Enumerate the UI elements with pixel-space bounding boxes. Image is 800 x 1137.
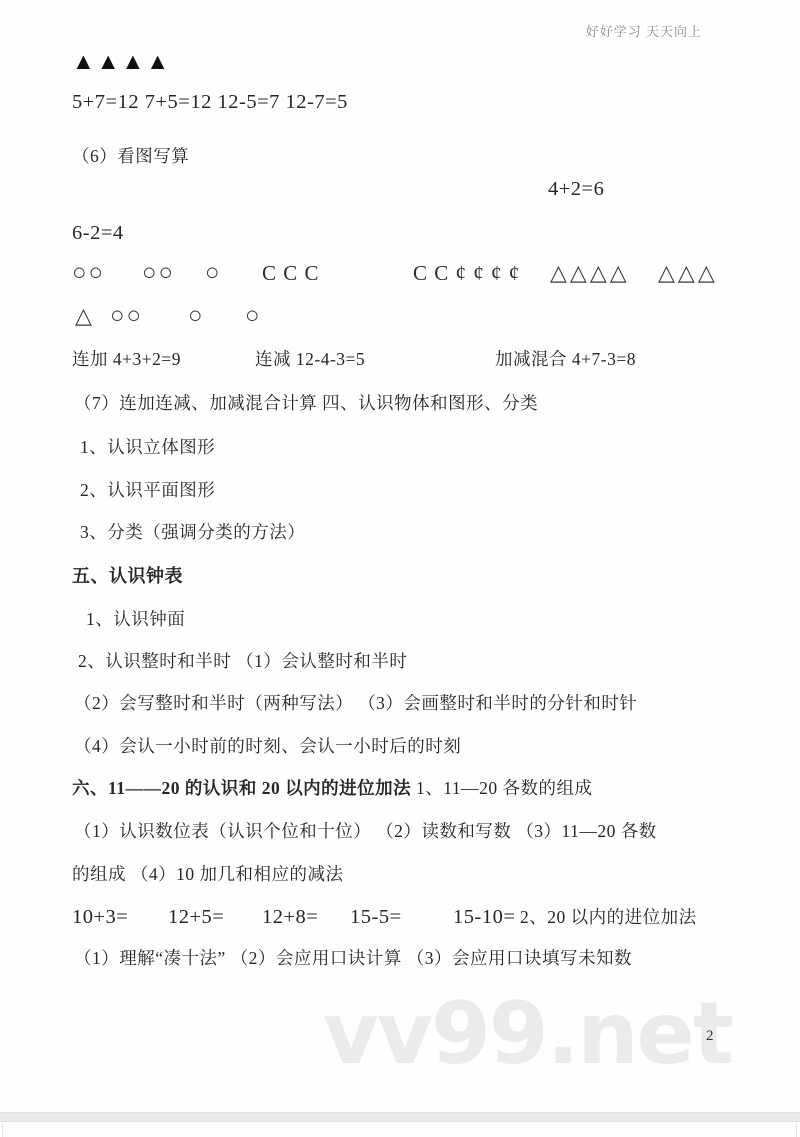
mixed-add-subtract: 加减混合 4+7-3=8 [495,349,636,371]
cent-sign-group: C C ¢ ¢ ¢ ¢ [413,260,520,286]
header-motto: 好好学习 天天向上 [586,24,702,40]
triangle-marker-row: ▲▲▲▲ [72,48,171,77]
page-number: 2 [706,1028,714,1045]
circle-single: ○ [205,258,222,288]
serial-subtraction: 连减 12-4-3=5 [255,349,365,371]
symbol-row-2: △ ○○ ○ ○ [72,301,472,331]
next-page-left-edge [2,1123,3,1137]
sec6-title: 六、11——20 的认识和 20 以内的进位加法 1、11—20 各数的组成 [72,778,593,800]
symbol-row-1: ○○ ○○ ○ C C C C C ¢ ¢ ¢ ¢ △△△△ △△△ [72,258,732,288]
page-separator [0,1112,800,1122]
sec6-line-2: 的组成 （4）10 加几和相应的减法 [72,864,344,886]
item6-label: （6）看图写算 [72,146,189,168]
mixed-operations-row: 连加 4+3+2=9 连减 12-4-3=5 加减混合 4+7-3=8 [72,349,752,375]
document-page: 好好学习 天天向上 ▲▲▲▲ 5+7=12 7+5=12 12-5=7 12-7… [0,0,800,1137]
practice-blanks-row: 10+3= 12+5= 12+8= 15-5= 15-10= 2、20 以内的进… [72,905,752,931]
sec4-item-2: 2、认识平面图形 [80,480,215,502]
sec5-item-3: （2）会写整时和半时（两种写法） （3）会画整时和半时的分针和时针 [74,693,637,715]
blank-3: 12+8= [262,905,318,931]
item7-line: （7）连加连减、加减混合计算 四、认识物体和图形、分类 [74,393,538,415]
sec6-line-3: （1）理解“凑十法” （2）会应用口诀计算 （3）会应用口诀填写未知数 [74,948,632,970]
sec5-title: 五、认识钟表 [72,565,183,588]
sec6-title-bold: 六、11——20 的认识和 20 以内的进位加法 [72,778,411,798]
sec5-item-4: （4）会认一小时前的时刻、会认一小时后的时刻 [74,736,461,758]
equation-right: 4+2=6 [548,177,604,203]
circle-single-a: ○ [188,301,205,331]
circle-group-2: ○○ [142,258,175,288]
watermark: vv99.net [323,984,732,1084]
sec6-title-rest: 1、11—20 各数的组成 [411,778,592,798]
sec6-line-1: （1）认识数位表（认识个位和十位） （2）读数和写数 （3）11—20 各数 [74,821,657,843]
facts-line: 5+7=12 7+5=12 12-5=7 12-7=5 [72,90,348,116]
sec5-item-2: 2、认识整时和半时 （1）会认整时和半时 [78,651,407,673]
practice-suffix: 2、20 以内的进位加法 [520,907,697,929]
letter-c-group: C C C [262,260,320,286]
next-page-right-edge [796,1123,797,1137]
circle-single-b: ○ [245,301,262,331]
circle-pair: ○○ [110,301,143,331]
triangle-group-4: △△△△ [550,259,630,287]
blank-4: 15-5= [350,905,402,931]
triangle-group-3: △△△ [658,259,718,287]
sec5-item-1: 1、认识钟面 [86,609,185,631]
circle-group-1: ○○ [72,258,105,288]
equation-left: 6-2=4 [72,221,124,247]
sec4-item-3: 3、分类（强调分类的方法） [80,522,305,544]
triangle-single: △ [75,302,95,330]
blank-2: 12+5= [168,905,224,931]
serial-addition: 连加 4+3+2=9 [72,349,181,371]
sec4-item-1: 1、认识立体图形 [80,437,215,459]
blank-5: 15-10= [453,905,515,931]
blank-1: 10+3= [72,905,128,931]
